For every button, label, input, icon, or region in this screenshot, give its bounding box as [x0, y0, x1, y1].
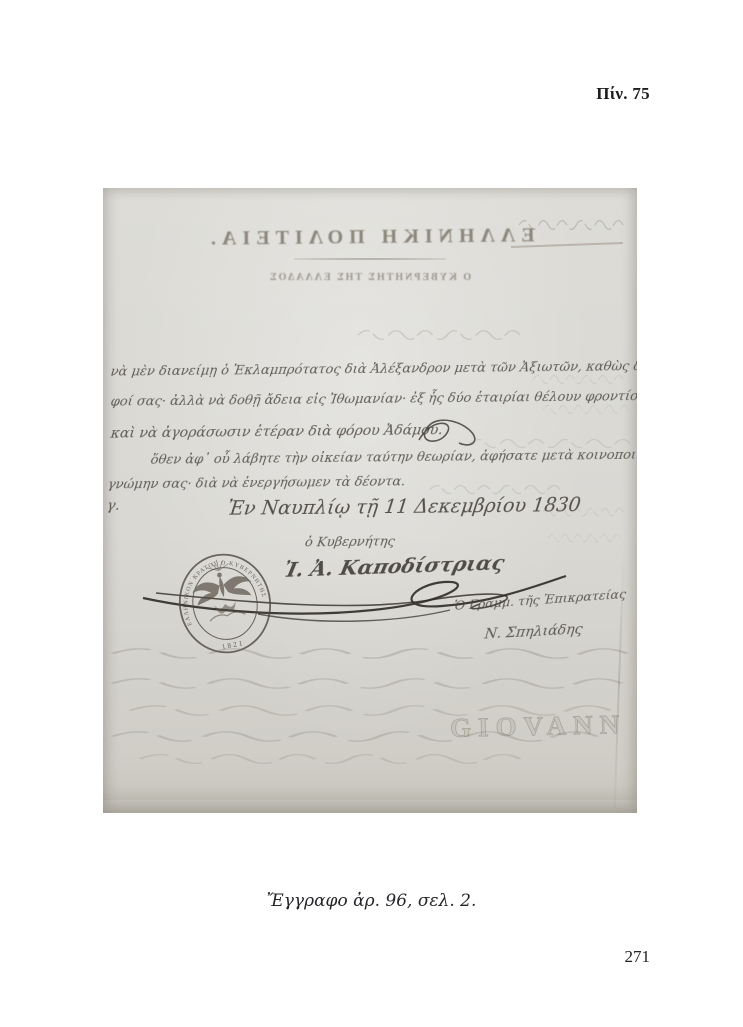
paper-watermark: GIOVANN [450, 709, 627, 744]
bleedthrough-line [543, 506, 623, 518]
bleedthrough-line [112, 646, 627, 661]
handwritten-line: ὅθεν ἀφ᾽ οὗ λάβητε τὴν οἰκείαν ταύτην θε… [150, 447, 637, 468]
letterhead-title-mirrored: ΕΛΛΗΝΙΚΗ ΠΟΛΙΤΕΙΑ. [205, 224, 535, 250]
letterhead-divider [294, 258, 446, 260]
bleedthrough-line [533, 373, 623, 386]
paper-crease [103, 784, 637, 800]
handwritten-line: γνώμην σας· διὰ νὰ ἐνεργήσωμεν τὰ δέοντα… [107, 474, 406, 492]
book-page: Πίν. 75 ΕΛΛΗΝΙΚΗ ΠΟΛΙΤΕΙΑ. Ο ΚΥΒΕΡΝΗΤΗΣ … [0, 0, 743, 1027]
bleedthrough-line [430, 483, 560, 496]
figure-caption: Ἔγγραφο ἀρ. 96, σελ. 2. [0, 891, 743, 911]
letterhead-subtitle-mirrored: Ο ΚΥΒΕΡΝΗΤΗΣ ΤΗΣ ΕΛΛΑΔΟΣ [268, 272, 471, 283]
handwritten-line: καὶ νὰ ἀγοράσωσιν ἑτέραν διὰ φόρου Ἀδάμο… [110, 422, 444, 441]
page-number: 271 [625, 947, 651, 967]
dateline: Ἐν Ναυπλίῳ τῇ 11 Δεκεμβρίου 1830 [226, 494, 582, 520]
letterhead: ΕΛΛΗΝΙΚΗ ΠΟΛΙΤΕΙΑ. Ο ΚΥΒΕΡΝΗΤΗΣ ΤΗΣ ΕΛΛΑ… [103, 226, 637, 285]
seal-flames [209, 610, 245, 621]
bleedthrough-line [470, 437, 630, 450]
document-scan: ΕΛΛΗΝΙΚΗ ΠΟΛΙΤΕΙΑ. Ο ΚΥΒΕΡΝΗΤΗΣ ΤΗΣ ΕΛΛΑ… [103, 188, 637, 813]
bleedthrough-line [140, 752, 520, 766]
plate-label: Πίν. 75 [596, 84, 650, 104]
bleedthrough-line [543, 403, 628, 416]
bleedthrough-line [112, 676, 622, 691]
signer-title: ὁ Κυβερνήτης [304, 535, 396, 551]
bleedthrough-line [548, 532, 620, 544]
bleedthrough-line [358, 328, 520, 342]
paragraph-mark: γ. [106, 498, 121, 514]
